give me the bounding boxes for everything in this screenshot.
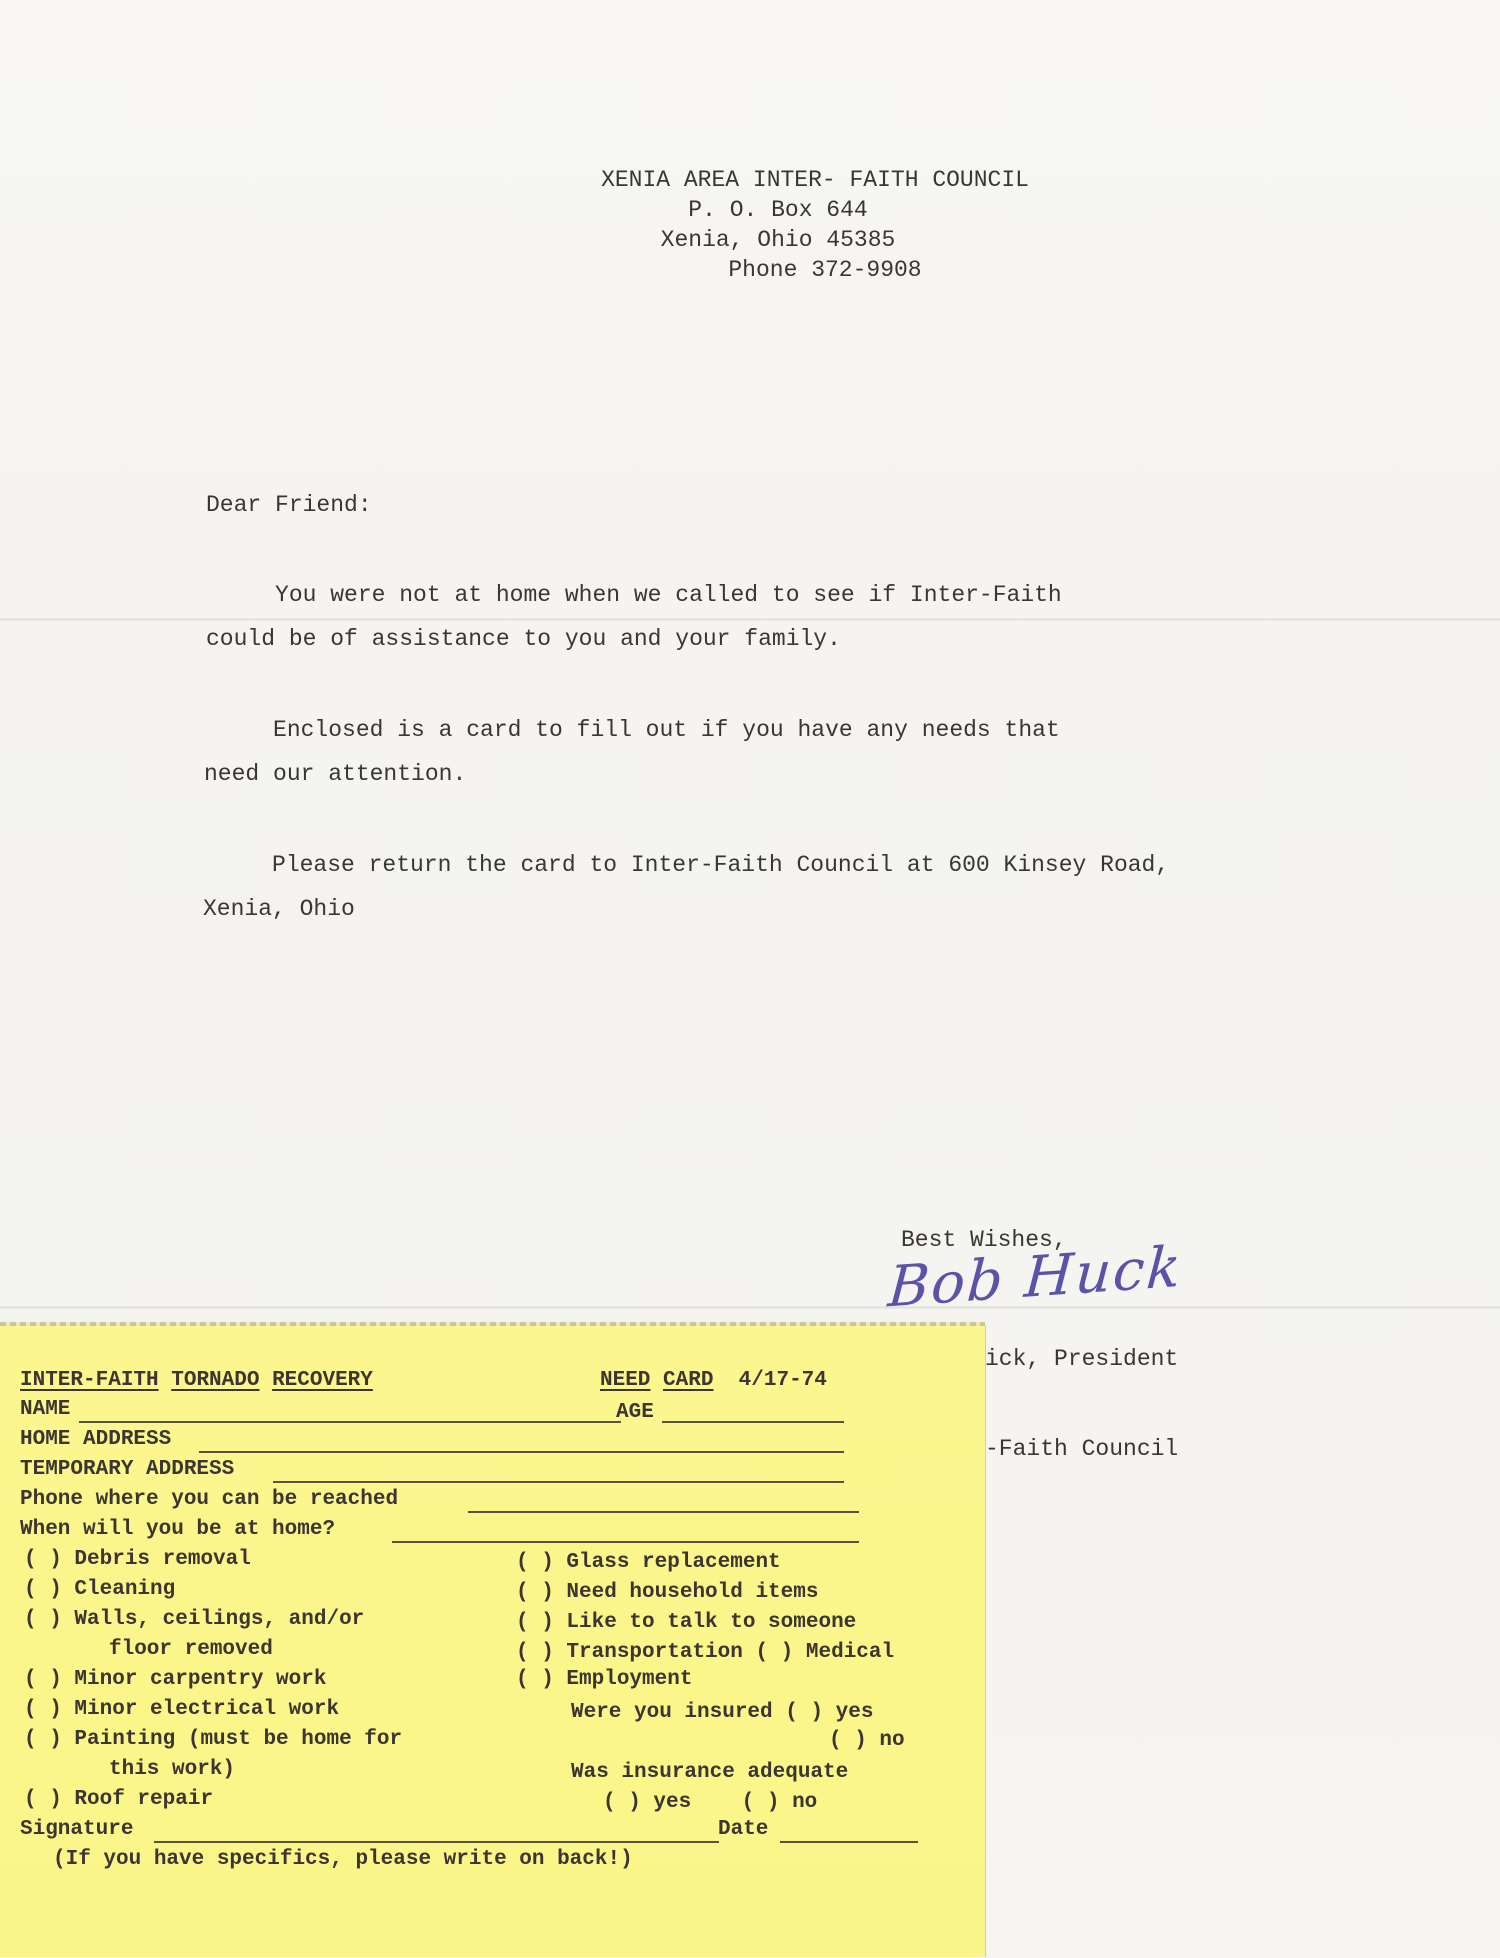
checkbox-insured-no[interactable]: ( ) (829, 1729, 867, 1752)
option-label: Glass replacement (566, 1551, 780, 1574)
insured-yes-label: yes (836, 1701, 874, 1724)
adequate-question: Was insurance adequate (571, 1761, 848, 1785)
phone-input-line[interactable] (468, 1511, 859, 1513)
checkbox[interactable]: ( ) (516, 1668, 554, 1691)
checkbox[interactable]: ( ) (516, 1581, 554, 1604)
checkbox[interactable]: ( ) (24, 1788, 62, 1811)
paragraph-2-line-2: need our attention. (204, 761, 466, 787)
checkbox-insured-yes[interactable]: ( ) (785, 1701, 823, 1724)
checkbox[interactable]: ( ) (24, 1728, 62, 1751)
option-walls-continuation: floor removed (109, 1638, 273, 1662)
date-label: Date (718, 1818, 768, 1842)
option-label: Debris removal (74, 1548, 250, 1571)
option-label: Roof repair (74, 1788, 213, 1811)
option-label-medical: Medical (806, 1641, 894, 1664)
checkbox[interactable]: ( ) (24, 1608, 62, 1631)
option-talk-to-someone[interactable]: ( ) Like to talk to someone (516, 1611, 856, 1635)
option-label: Walls, ceilings, and/or (74, 1608, 364, 1631)
card-title-word: RECOVERY (272, 1369, 373, 1392)
signature-label: Signature (20, 1818, 133, 1842)
when-home-label: When will you be at home? (20, 1518, 335, 1542)
checkbox[interactable]: ( ) (516, 1611, 554, 1634)
insured-question: Were you insured ( ) yes (571, 1701, 873, 1725)
option-employment[interactable]: ( ) Employment (516, 1668, 692, 1692)
checkbox-adequate-no[interactable]: ( ) (742, 1791, 780, 1814)
paragraph-3-line-2: Xenia, Ohio (203, 896, 355, 922)
paragraph-1-line-2: could be of assistance to you and your f… (206, 626, 841, 652)
option-label: Painting (must be home for (74, 1728, 402, 1751)
letterhead-city: Xenia, Ohio 45385 (0, 225, 1500, 255)
card-title-word: INTER-FAITH (20, 1369, 159, 1392)
checkbox[interactable]: ( ) (24, 1698, 62, 1721)
name-label: NAME (20, 1398, 70, 1422)
adequate-no-label: no (792, 1791, 817, 1814)
card-torn-edge (0, 1322, 985, 1326)
home-address-input-line[interactable] (199, 1451, 844, 1453)
option-label: Minor electrical work (74, 1698, 339, 1721)
when-home-input-line[interactable] (392, 1541, 859, 1543)
date-input-line[interactable] (780, 1841, 918, 1843)
name-input-line[interactable] (79, 1421, 621, 1423)
age-label: AGE (616, 1401, 654, 1425)
option-label: Employment (566, 1668, 692, 1691)
paragraph-2-line-1: Enclosed is a card to fill out if you ha… (204, 717, 1060, 743)
paper-fold-line (0, 618, 1500, 621)
option-walls-ceilings[interactable]: ( ) Walls, ceilings, and/or (24, 1608, 364, 1632)
checkbox[interactable]: ( ) (24, 1668, 62, 1691)
option-label: Minor carpentry work (74, 1668, 326, 1691)
option-painting-continuation: this work) (109, 1758, 235, 1782)
checkbox[interactable]: ( ) (516, 1551, 554, 1574)
checkbox-medical[interactable]: ( ) (755, 1641, 793, 1664)
salutation: Dear Friend: (206, 492, 372, 518)
adequate-yes-label: yes (653, 1791, 691, 1814)
checkbox[interactable]: ( ) (516, 1641, 554, 1664)
option-glass-replacement[interactable]: ( ) Glass replacement (516, 1551, 781, 1575)
card-title-word: TORNADO (171, 1369, 259, 1392)
option-label: Need household items (566, 1581, 818, 1604)
option-minor-carpentry[interactable]: ( ) Minor carpentry work (24, 1668, 326, 1692)
insured-question-label: Were you insured (571, 1701, 773, 1724)
option-transportation[interactable]: ( ) Transportation ( ) Medical (516, 1641, 894, 1665)
letterhead-po-box: P. O. Box 644 (0, 195, 1500, 225)
card-title: INTER-FAITH TORNADO RECOVERY (20, 1369, 373, 1393)
age-input-line[interactable] (662, 1421, 844, 1423)
letter-page: XENIA AREA INTER- FAITH COUNCIL P. O. Bo… (0, 0, 1500, 1958)
phone-label: Phone where you can be reached (20, 1488, 398, 1512)
card-label-word: NEED (600, 1369, 650, 1392)
card-date: 4/17-74 (739, 1369, 827, 1392)
signer-organization: -Faith Council (985, 1436, 1178, 1462)
checkbox-adequate-yes[interactable]: ( ) (603, 1791, 641, 1814)
signature-input-line[interactable] (154, 1841, 719, 1843)
option-label: Transportation (566, 1641, 742, 1664)
card-label: NEED CARD 4/17-74 (600, 1369, 827, 1393)
insured-no[interactable]: ( ) no (829, 1729, 905, 1753)
option-label: Cleaning (74, 1578, 175, 1601)
home-address-label: HOME ADDRESS (20, 1428, 171, 1452)
checkbox[interactable]: ( ) (24, 1578, 62, 1601)
card-footer-note: (If you have specifics, please write on … (53, 1848, 633, 1872)
checkbox[interactable]: ( ) (24, 1548, 62, 1571)
card-label-word: CARD (663, 1369, 713, 1392)
letterhead-organization: XENIA AREA INTER- FAITH COUNCIL (0, 165, 1500, 195)
paragraph-1-line-1: You were not at home when we called to s… (206, 582, 1062, 608)
option-debris-removal[interactable]: ( ) Debris removal (24, 1548, 251, 1572)
insured-no-label: no (879, 1729, 904, 1752)
adequate-options: ( ) yes ( ) no (603, 1791, 817, 1815)
paper-fold-line (0, 1306, 1500, 1309)
letterhead-phone: Phone 372-9908 (0, 255, 1500, 285)
paragraph-3-line-1: Please return the card to Inter-Faith Co… (203, 852, 1169, 878)
option-minor-electrical[interactable]: ( ) Minor electrical work (24, 1698, 339, 1722)
option-roof-repair[interactable]: ( ) Roof repair (24, 1788, 213, 1812)
need-card: INTER-FAITH TORNADO RECOVERY NEED CARD 4… (0, 1325, 985, 1957)
option-label: Like to talk to someone (566, 1611, 856, 1634)
option-painting[interactable]: ( ) Painting (must be home for (24, 1728, 402, 1752)
temporary-address-input-line[interactable] (273, 1481, 844, 1483)
option-cleaning[interactable]: ( ) Cleaning (24, 1578, 175, 1602)
temporary-address-label: TEMPORARY ADDRESS (20, 1458, 234, 1482)
option-household-items[interactable]: ( ) Need household items (516, 1581, 818, 1605)
signer-title: ick, President (985, 1346, 1178, 1372)
